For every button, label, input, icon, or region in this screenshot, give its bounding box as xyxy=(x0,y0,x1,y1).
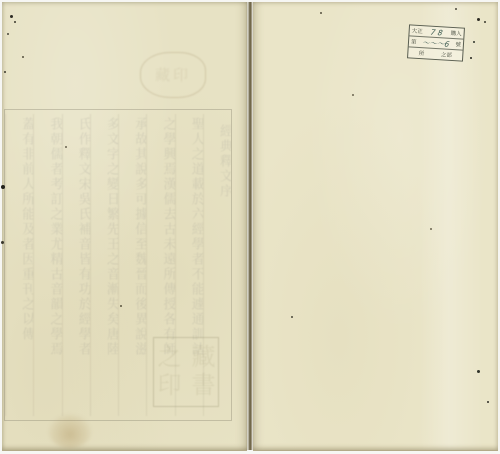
stamp-number-suffix: 號 xyxy=(455,40,461,48)
stamp-handwritten-number: 〜〜〜6 xyxy=(421,37,450,50)
stamp-location-label: 所 xyxy=(418,49,424,57)
ghost-text-column: 多文字之變日繁先王之音漸失矣唐陸 xyxy=(90,114,118,416)
foxing-speck xyxy=(7,33,9,35)
faint-round-seal: 藏印 xyxy=(140,52,206,98)
ghost-text-column: 氏作釋文宋吳氏補音皆有功於經學者 xyxy=(62,114,90,416)
left-page: 藏印 經典釋文序聖人之道載於六經學者不能遽通訓詁之學興焉漢儒去古未遠所傳授各有師… xyxy=(2,2,247,451)
stamp-era-label: 大正 xyxy=(411,27,422,36)
foxing-speck xyxy=(470,57,472,59)
book-scan: 藏印 經典釋文序聖人之道載於六經學者不能遽通訓詁之學興焉漢儒去古未遠所傳授各有師… xyxy=(0,0,500,454)
foxing-speck xyxy=(1,241,4,244)
foxing-speck xyxy=(291,316,293,318)
foxing-speck xyxy=(484,21,486,23)
right-page: 大正 7 8 購入 第 〜〜〜6 號 所 之部 xyxy=(253,2,498,451)
stamp-handwritten-date: 7 8 xyxy=(430,27,444,37)
foxing-speck xyxy=(14,21,16,23)
stamp-number-prefix: 第 xyxy=(411,37,417,45)
accession-stamp: 大正 7 8 購入 第 〜〜〜6 號 所 之部 xyxy=(407,24,465,61)
foxing-speck xyxy=(1,185,5,189)
ghost-text-column: 我朝儒者考訂之業尤精古音韻之學焉 xyxy=(33,114,61,416)
stamp-acquired-label: 購入 xyxy=(450,29,461,38)
foxing-speck xyxy=(455,8,457,10)
foxing-speck xyxy=(320,12,322,14)
foxing-speck xyxy=(477,18,480,21)
foxing-speck xyxy=(477,370,480,373)
foxing-speck xyxy=(4,71,6,73)
foxing-speck xyxy=(473,41,475,43)
foxing-speck xyxy=(120,305,122,307)
foxing-speck xyxy=(22,56,24,58)
foxing-speck xyxy=(430,228,432,230)
foxing-speck xyxy=(10,15,13,18)
paper-stain xyxy=(48,414,92,448)
ghost-text-column: 承故其說多可據信至魏晉而後異說滋 xyxy=(118,114,146,416)
ghost-text-column: 蓋有非前人所能及者因重刊之以傳 xyxy=(5,114,33,416)
faint-square-seal: 藏書之印 xyxy=(153,337,219,407)
foxing-speck xyxy=(487,401,489,403)
foxing-speck xyxy=(352,94,354,96)
foxing-speck xyxy=(65,146,67,148)
stamp-section-label: 之部 xyxy=(441,50,452,59)
